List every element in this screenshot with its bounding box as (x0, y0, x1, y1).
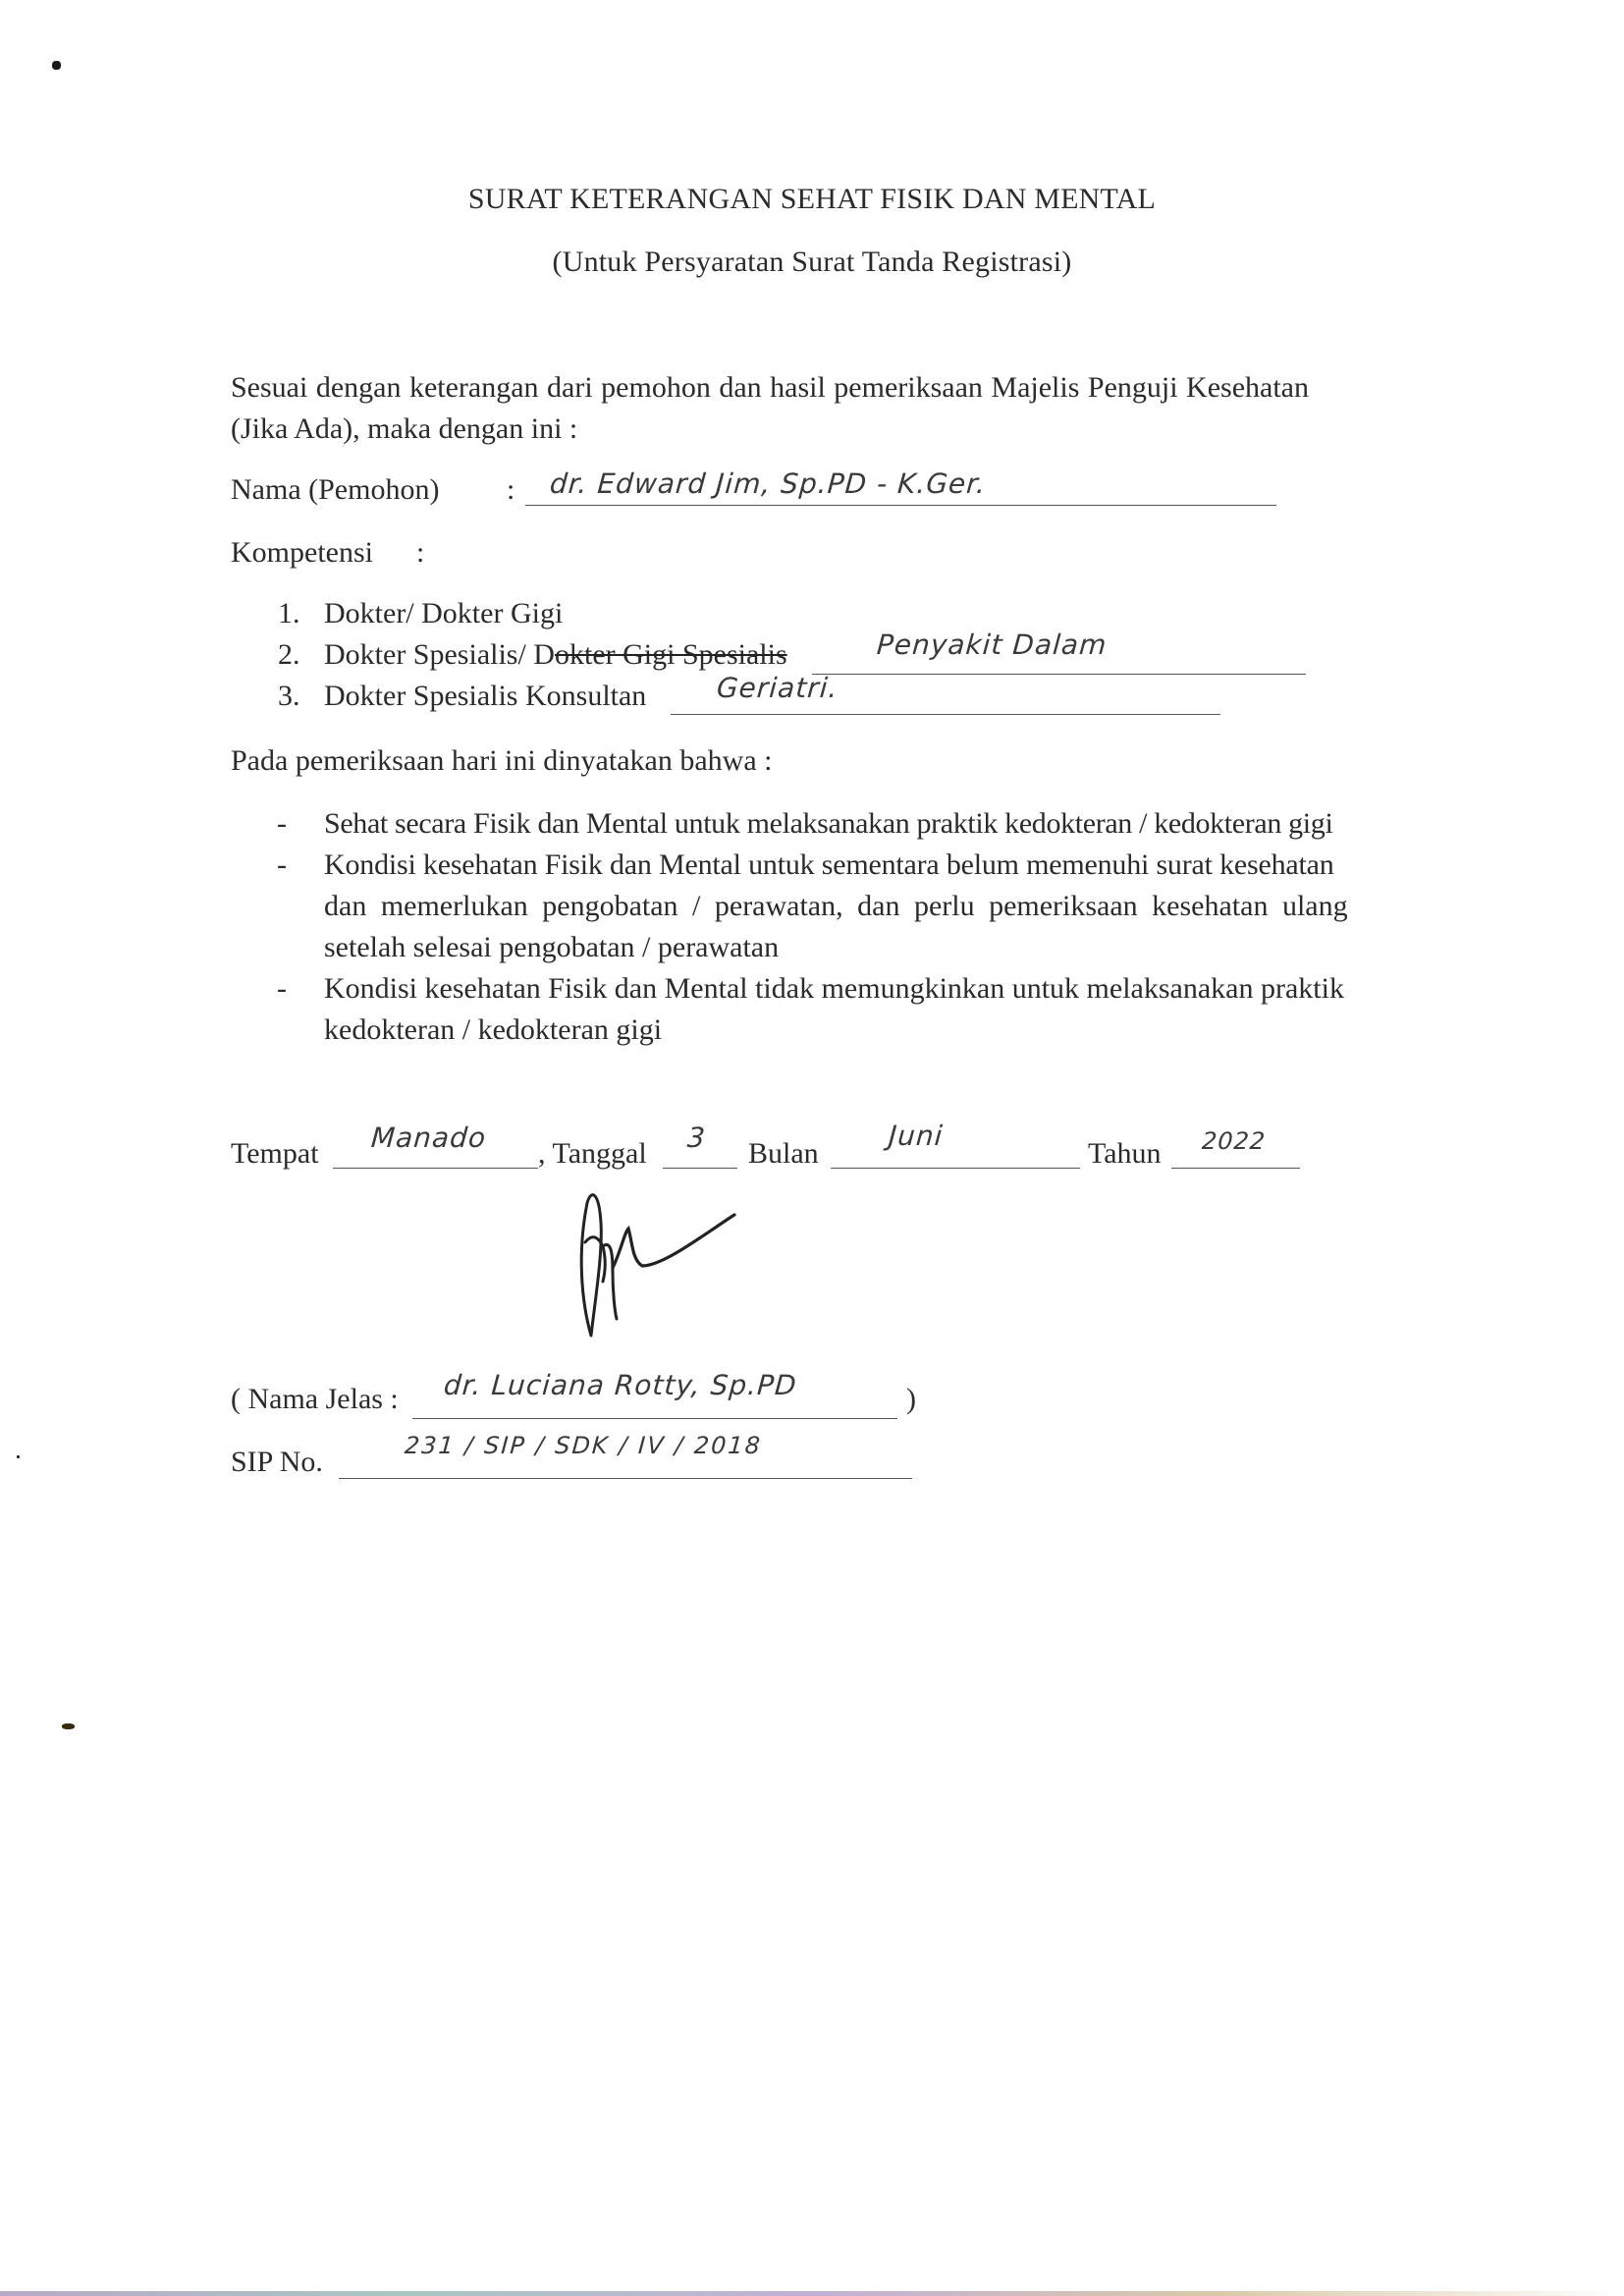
place-field[interactable]: Manado (370, 1121, 487, 1154)
statement-2-line-3: setelah selesai pengobatan / perawatan (324, 931, 779, 964)
day-field[interactable]: 3 (686, 1121, 707, 1154)
scan-speck (62, 1723, 75, 1729)
exam-intro: Pada pemeriksaan hari ini dinyatakan bah… (231, 744, 772, 778)
statement-2-line-1: Kondisi kesehatan Fisik dan Mental untuk… (324, 848, 1334, 882)
day-underline (663, 1168, 737, 1169)
signer-name-close: ) (906, 1383, 916, 1416)
specialty-field[interactable]: Penyakit Dalam (876, 629, 1109, 661)
scan-edge (0, 2291, 1624, 2296)
competence-item-2: Dokter Spesialis/ Dokter Gigi Spesialis (324, 638, 787, 672)
statement-2-line-2: dan memerlukan pengobatan / perawatan, d… (324, 890, 1348, 923)
month-label: Bulan (748, 1137, 819, 1171)
applicant-colon: : (507, 473, 514, 507)
statement-1-bullet: - (277, 807, 287, 841)
signature-icon (569, 1183, 766, 1350)
year-underline (1171, 1168, 1300, 1169)
competence-colon: : (416, 536, 424, 570)
document-title: SURAT KETERANGAN SEHAT FISIK DAN MENTAL (0, 183, 1624, 216)
statement-2-bullet: - (277, 848, 287, 882)
sip-underline (339, 1478, 912, 1479)
competence-item-2-number: 2. (278, 638, 300, 672)
signer-name-label: ( Nama Jelas : (231, 1383, 399, 1416)
place-label: Tempat (231, 1137, 319, 1171)
competence-item-1-number: 1. (278, 597, 300, 630)
applicant-label: Nama (Pemohon) (231, 473, 439, 507)
sip-number-field[interactable]: 231 / SIP / SDK / IV / 2018 (404, 1432, 763, 1459)
signer-name-field[interactable]: dr. Luciana Rotty, Sp.PD (443, 1369, 798, 1401)
statement-1-line-1: Sehat secara Fisik dan Mental untuk mela… (324, 807, 1332, 841)
applicant-name-underline (525, 505, 1276, 506)
competence-item-3-number: 3. (278, 680, 300, 713)
document-subtitle: (Untuk Persyaratan Surat Tanda Registras… (0, 246, 1624, 279)
competence-item-2-struck-text: okter Gigi Spesialis (555, 638, 787, 671)
consultant-underline (671, 714, 1220, 715)
scan-speck (52, 61, 61, 70)
competence-label: Kompetensi (231, 536, 373, 570)
statement-3-bullet: - (277, 972, 287, 1006)
consultant-field[interactable]: Geriatri. (716, 672, 839, 704)
signer-name-underline (412, 1418, 897, 1419)
day-label: , Tanggal (538, 1137, 647, 1171)
year-label: Tahun (1088, 1137, 1162, 1171)
competence-item-3-text: Dokter Spesialis Konsultan (324, 680, 646, 713)
month-underline (831, 1168, 1080, 1169)
competence-item-2-text: Dokter Spesialis/ D (324, 638, 555, 671)
intro-line-1: Sesuai dengan keterangan dari pemohon da… (231, 371, 1309, 405)
specialty-underline (812, 674, 1306, 675)
competence-item-1-text: Dokter/ Dokter Gigi (324, 597, 563, 630)
year-field[interactable]: 2022 (1201, 1127, 1267, 1155)
applicant-name-field[interactable]: dr. Edward Jim, Sp.PD - K.Ger. (549, 467, 987, 500)
sip-label: SIP No. (231, 1446, 323, 1479)
month-field[interactable]: Juni (888, 1120, 945, 1152)
place-underline (333, 1168, 538, 1169)
statement-3-line-2: kedokteran / kedokteran gigi (324, 1013, 662, 1047)
scan-speck (17, 1455, 20, 1458)
statement-3-line-1: Kondisi kesehatan Fisik dan Mental tidak… (324, 972, 1344, 1006)
intro-line-2: (Jika Ada), maka dengan ini : (231, 412, 577, 446)
